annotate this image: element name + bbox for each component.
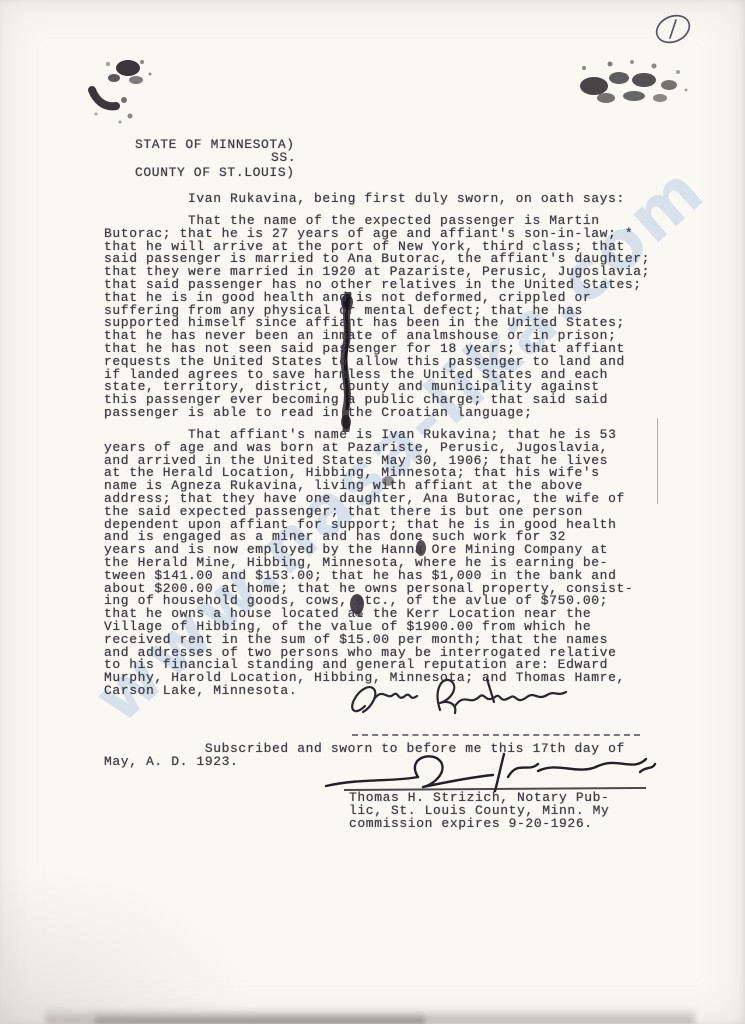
notary-commission-block: Thomas H. Strizich, Notary Pub- lic, St.…: [349, 792, 609, 830]
fold-mark: [657, 418, 658, 504]
scan-smudge-bottom-dark: [95, 1012, 425, 1024]
oath-opening-line: Ivan Rukavina, being first duly sworn, o…: [188, 193, 625, 206]
signature-dashed-line: [352, 734, 640, 736]
venue-county-line: COUNTY OF ST.LOUIS): [135, 167, 295, 180]
ink-splatter-top-left: [84, 48, 168, 126]
page-number-value: 1: [0, 0, 1, 1]
scanned-affidavit-page: www.nasa-lika.com 1: [0, 0, 745, 1024]
affidavit-paragraph-2: That affiant's name is Ivan Rukavina; th…: [104, 429, 633, 698]
venue-ss-label: SS.: [271, 152, 296, 165]
ink-splatter-top-right: [574, 50, 692, 110]
circled-page-number: [652, 12, 694, 46]
affiant-signature: [345, 666, 575, 726]
affidavit-paragraph-1: That the name of the expected passenger …: [104, 215, 650, 420]
